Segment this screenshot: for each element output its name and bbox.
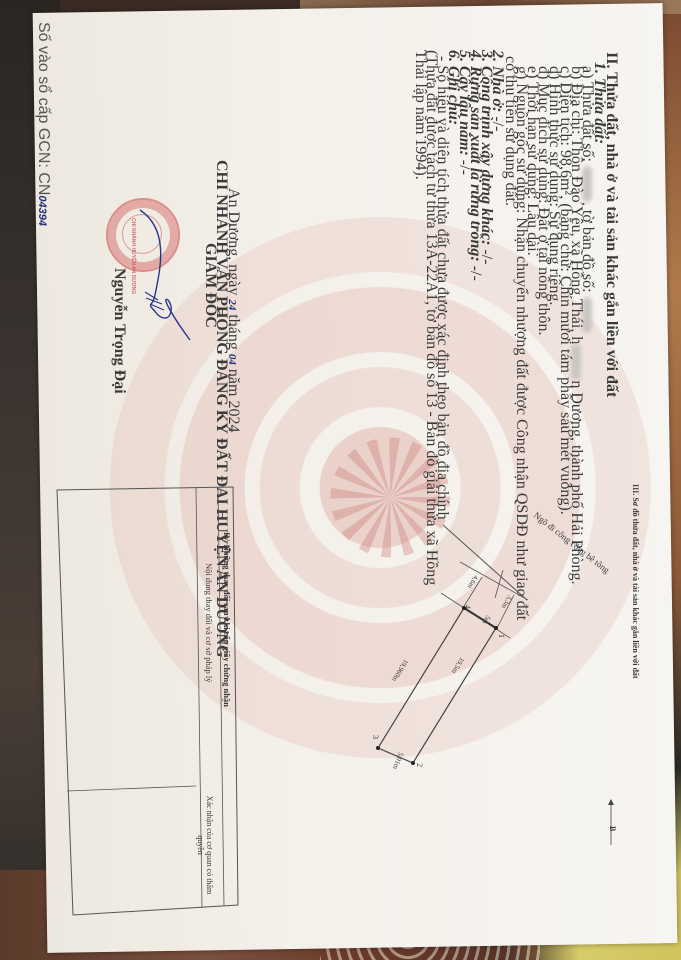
section-iv-title: IV. Những thay đổi sau khi cấp giấy chứn… [222, 532, 232, 707]
table-lines [0, 0, 681, 960]
column-header-changes: Nội dung thay đổi và cơ sở pháp lý [204, 563, 214, 682]
column-header-confirmation: Xác nhận của cơ quan có thẩm quyền [196, 795, 214, 895]
